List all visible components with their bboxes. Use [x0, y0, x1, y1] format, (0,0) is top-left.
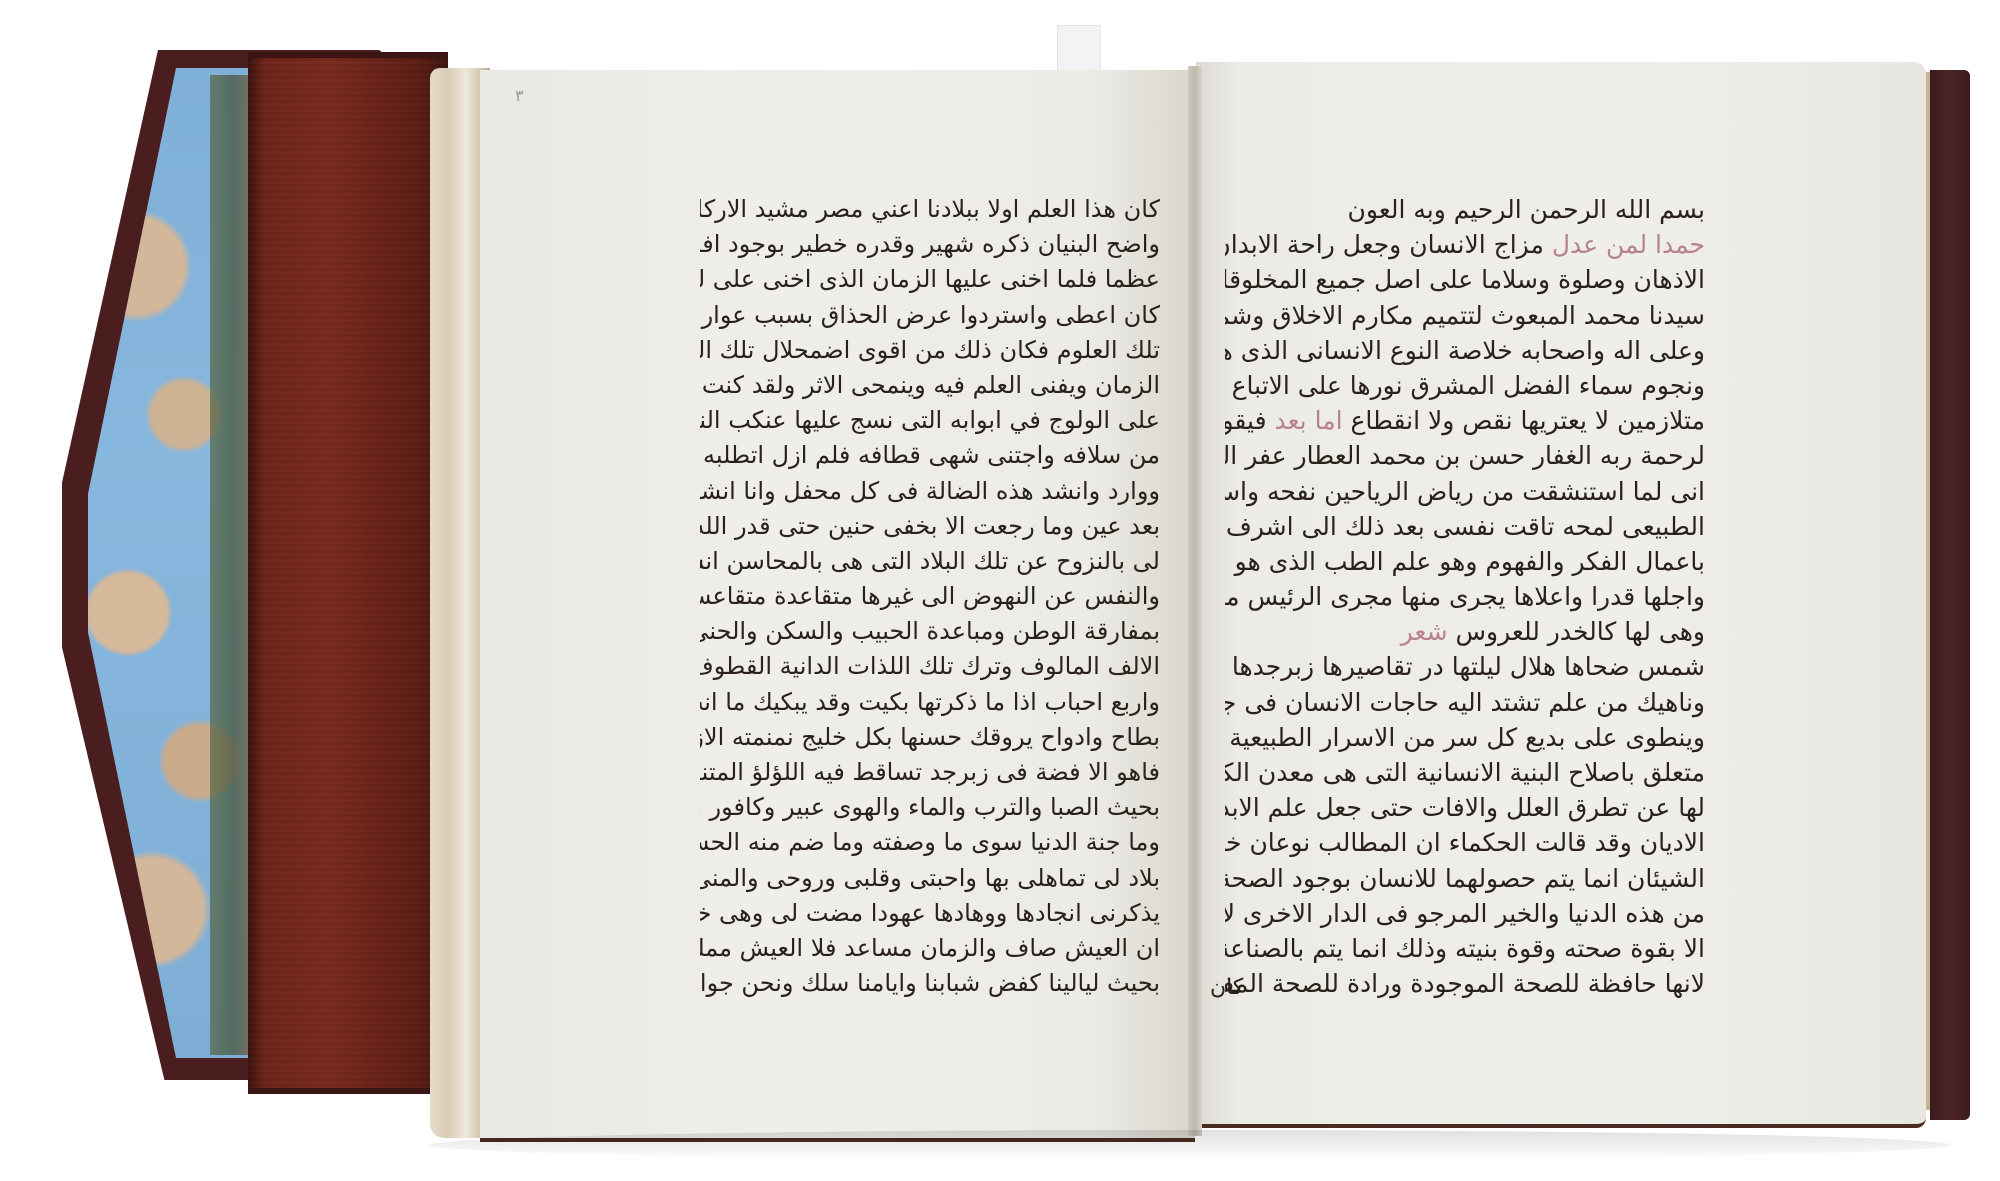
- verse-line: وما جنة الدنيا سوى ما وصفته وما ضم منه ا…: [700, 825, 1160, 860]
- text-line: كان هذا العلم اولا ببلادنا اعني مصر مشيد…: [700, 192, 1160, 227]
- text-line: الاديان وقد قالت الحكماء ان المطالب نوعا…: [1225, 825, 1705, 860]
- left-page-text: كان هذا العلم اولا ببلادنا اعني مصر مشيد…: [700, 192, 1160, 1001]
- verse-line: بلاد لى تماهلى بها واحبتى وقلبى وروحى وا…: [700, 861, 1160, 896]
- verse-line: فاهو الا فضة فى زبرجد تساقط فيه اللؤلؤ ا…: [700, 755, 1160, 790]
- folio-number: ٣: [515, 86, 524, 105]
- rubric-text: اما بعد: [1275, 406, 1343, 435]
- verse-line: بحيث ليالينا كفض شبابنا وايامنا سلك ونحن…: [700, 966, 1160, 1001]
- verse-line: بطاح وادواح يروقك حسنها بكل خليج نمنمته …: [700, 720, 1160, 755]
- basmala-heading: بسم الله الرحمن الرحيم وبه العون: [1225, 192, 1705, 227]
- text-line: متعلق باصلاح البنية الانسانية التى هى مع…: [1225, 755, 1705, 790]
- text-line: تلك العلوم فكان ذلك من اقوى اضمحلال تلك …: [700, 333, 1160, 368]
- text-line: لرحمة ربه الغفار حسن بن محمد العطار عفر …: [1225, 438, 1705, 473]
- text-line: انى لما استنشقت من رياض الرياحين نفحه وا…: [1225, 474, 1705, 509]
- text-line: الاذهان وصلوة وسلاما على اصل جميع المخلو…: [1225, 262, 1705, 297]
- text-line: لى بالنزوح عن تلك البلاد التى هى بالمحاس…: [700, 544, 1160, 579]
- rubric-text: حمدا لمن عدل: [1552, 230, 1705, 259]
- verse-line: شمس ضحاها هلال ليلتها در تقاصيرها زبرجده…: [1225, 649, 1705, 684]
- text-line: سيدنا محمد المبعوث لتتميم مكارم الاخلاق …: [1225, 298, 1705, 333]
- text-line: الا بقوة صحته وقوة بنيته وذلك انما يتم ب…: [1225, 931, 1705, 966]
- text-line: على الولوج في ابوابه التى نسج عليها عنكب…: [700, 403, 1160, 438]
- right-page-text: بسم الله الرحمن الرحيم وبه العون حمدا لم…: [1225, 192, 1705, 1001]
- text-line: الالف المالوف وترك تلك اللذات الدانية ال…: [700, 649, 1160, 684]
- text-line: والنفس عن النهوض الى غيرها متقاعدة متقاع…: [700, 579, 1160, 614]
- book-shadow: [430, 1130, 1950, 1160]
- front-board-doublure: [248, 52, 448, 1094]
- text-line: وهى لها كالخدر للعروس شعر: [1225, 614, 1705, 649]
- text-line: لها عن تطرق العلل والافات حتى جعل علم ال…: [1225, 790, 1705, 825]
- text-line: ووارد وانشد هذه الضالة فى كل محفل وانا ا…: [700, 474, 1160, 509]
- text-line: وعلى اله واصحابه خلاصة النوع الانسانى ال…: [1225, 333, 1705, 368]
- catchword: كان: [1210, 975, 1243, 1000]
- text-line: من هذه الدنيا والخير المرجو فى الدار الا…: [1225, 896, 1705, 931]
- verse-line: يذكرنى انجادها ووهادها عهودا مضت لى وهى …: [700, 896, 1160, 931]
- text-line: بعد عين وما رجعت الا بخفى حنين حتى قدر ا…: [700, 509, 1160, 544]
- text-line: من سلافه واجتنى شهى قطافه فلم ازل اتطلبه…: [700, 438, 1160, 473]
- rubric-text: شعر: [1401, 617, 1448, 646]
- text-line: كان اعطى واستردوا عرض الحذاق بسبب عوارض …: [700, 298, 1160, 333]
- text-line: متلازمين لا يعتريها نقص ولا انقطاع اما ب…: [1225, 403, 1705, 438]
- text-line: واضح البنيان ذكره شهير وقدره خطير بوجود …: [700, 227, 1160, 262]
- text-line: الطبيعى لمحه تاقت نفسى بعد ذلك الى اشرف …: [1225, 509, 1705, 544]
- text-line: وينطوى على بديع كل سر من الاسرار الطبيعي…: [1225, 720, 1705, 755]
- text-line: وناهيك من علم تشتد اليه حاجات الانسان فى…: [1225, 685, 1705, 720]
- text-line: بمفارقة الوطن ومباعدة الحبيب والسكن والح…: [700, 614, 1160, 649]
- text-line: عظما فلما اخنى عليها الزمان الذى اخنى عل…: [700, 262, 1160, 297]
- bookmark-tab: [1057, 25, 1101, 73]
- text-line: واجلها قدرا واعلاها يجرى منها مجرى الرئي…: [1225, 579, 1705, 614]
- heading-text: بسم الله الرحمن الرحيم وبه العون: [1348, 192, 1706, 227]
- text-line: باعمال الفكر والفهوم وهو علم الطب الذى ه…: [1225, 544, 1705, 579]
- gutter: [1188, 66, 1202, 1136]
- text-line: ونجوم سماء الفضل المشرق نورها على الاتبا…: [1225, 368, 1705, 403]
- verse-line: بحيث الصبا والترب والماء والهوى عبير وكا…: [700, 790, 1160, 825]
- text-line: لانها حافظة للصحة الموجودة ورادة للصحة ا…: [1225, 966, 1705, 1001]
- text-line: حمدا لمن عدل مزاج الانسان وجعل راحة الاب…: [1225, 227, 1705, 262]
- verse-line: ان العيش صاف والزمان مساعد فلا العيش ممل…: [700, 931, 1160, 966]
- text-line: الشيئان انما يتم حصولهما للانسان بوجود ا…: [1225, 861, 1705, 896]
- back-board: [1930, 70, 1970, 1120]
- flap-turn-in: [210, 75, 248, 1055]
- text-line: الزمان ويفنى العلم فيه وينمحى الاثر ولقد…: [700, 368, 1160, 403]
- verse-line: واربع احباب اذا ما ذكرتها بكيت وقد يبكيك…: [700, 685, 1160, 720]
